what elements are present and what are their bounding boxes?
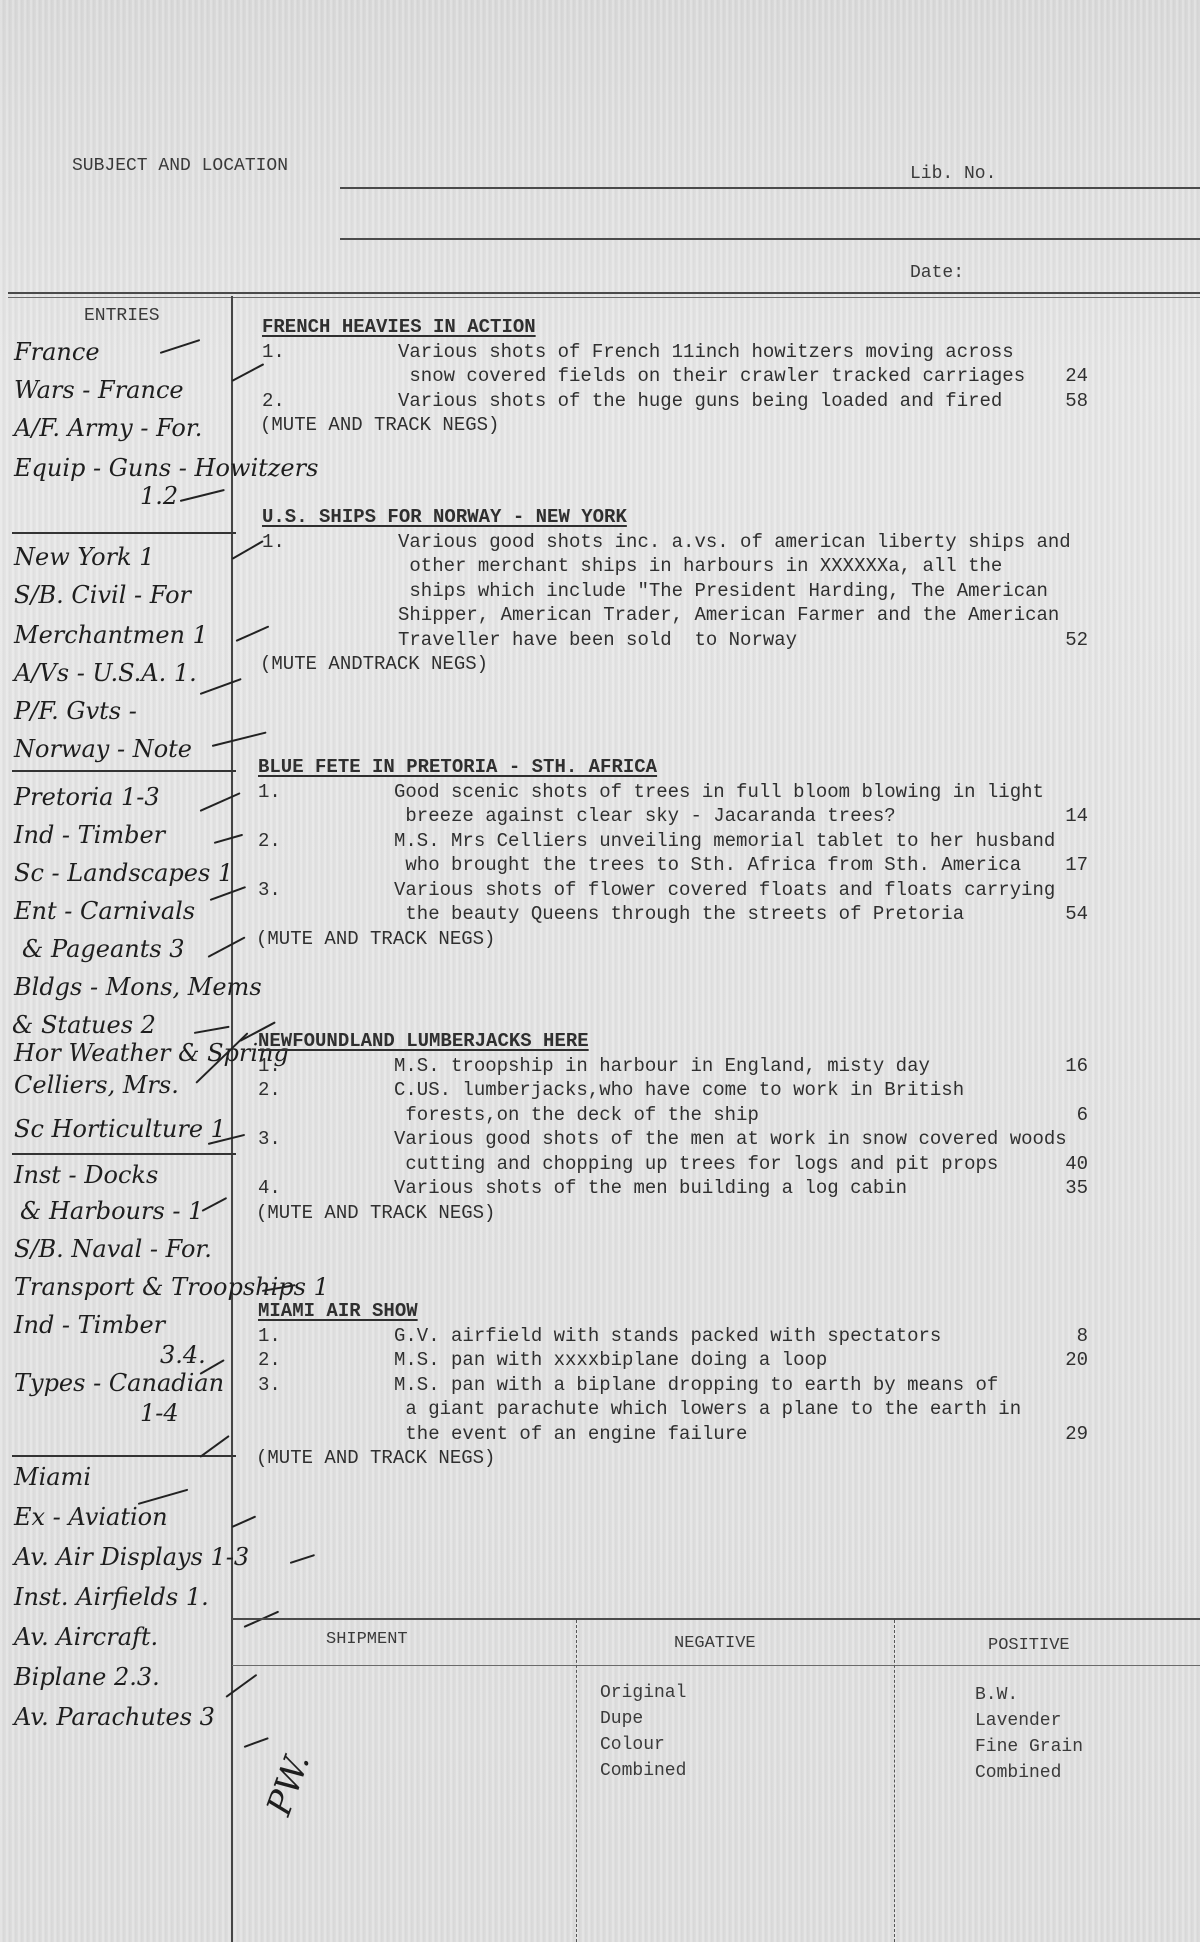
entry-line: Norway - Note [14,737,192,761]
item-description-line: forests,on the deck of the ship [394,1106,759,1125]
check-mark-icon [232,363,265,382]
entry-line: New York 1 [14,545,155,569]
item-description-line: Various good shots inc. a.vs. of america… [398,533,1071,552]
entry-line: 3.4. [160,1343,206,1367]
check-mark-icon [160,339,201,354]
entry-line: Hor Weather & Spring [14,1041,289,1065]
negs-note: (MUTE AND TRACK NEGS) [256,1449,495,1468]
check-mark-icon [244,1737,269,1748]
footage-count: 24 [1058,367,1088,386]
entry-line: & Pageants 3 [22,937,185,961]
negative-option: Original [600,1680,686,1706]
entry-line: Inst. Airfields 1. [14,1585,209,1609]
footage-count: 8 [1058,1327,1088,1346]
date-label: Date: [910,263,964,283]
positive-option: Combined [975,1760,1083,1786]
item-number: 3. [258,1376,281,1395]
item-description-line: Various shots of the men building a log … [394,1179,907,1198]
entry-line: Ind - Timber [14,823,165,847]
check-mark-icon [236,625,270,641]
negative-option: Dupe [600,1706,686,1732]
footer-top-rule [232,1618,1200,1620]
footage-count: 20 [1058,1351,1088,1370]
footer-divider-1 [576,1620,577,1942]
item-number: 2. [258,832,281,851]
story-title: U.S. SHIPS FOR NORWAY - NEW YORK [262,508,627,527]
entry-line: & Harbours - 1 [20,1199,203,1223]
entry-line: Celliers, Mrs. [14,1073,179,1097]
table-top-rule-2 [8,297,1200,298]
item-number: 1. [262,343,285,362]
item-description-line: M.S. pan with xxxxbiplane doing a loop [394,1351,827,1370]
item-description-line: C.US. lumberjacks,who have come to work … [394,1081,964,1100]
item-description-line: other merchant ships in harbours in XXXX… [398,557,1002,576]
negative-option: Colour [600,1732,686,1758]
item-description-line: who brought the trees to Sth. Africa fro… [394,856,1021,875]
story-title: BLUE FETE IN PRETORIA - STH. AFRICA [258,758,657,777]
positive-options: B.W. Lavender Fine Grain Combined [975,1682,1083,1786]
item-number: 3. [258,1130,281,1149]
negs-note: (MUTE AND TRACK NEGS) [256,1204,495,1223]
footage-count: 52 [1058,631,1088,650]
entry-line: Av. Air Displays 1-3 [14,1545,249,1569]
item-description-line: a giant parachute which lowers a plane t… [394,1400,1021,1419]
entry-line: & Statues 2 [12,1013,156,1037]
positive-option: Fine Grain [975,1734,1083,1760]
entry-line: A/F. Army - For. [14,416,202,440]
entry-line: Inst - Docks [14,1163,158,1187]
footer-divider-2 [894,1620,895,1942]
item-description-line: ships which include "The President Hardi… [398,582,1048,601]
check-mark-icon [202,1197,228,1212]
footage-count: 14 [1058,807,1088,826]
entries-divider [231,296,233,1942]
footage-count: 16 [1058,1057,1088,1076]
item-description-line: Shipper, American Trader, American Farme… [398,606,1059,625]
item-description-line: breeze against clear sky - Jacaranda tre… [394,807,896,826]
item-description-line: M.S. troopship in harbour in England, mi… [394,1057,930,1076]
item-number: 2. [258,1351,281,1370]
subject-line-1 [340,187,1200,189]
negative-option: Combined [600,1758,686,1784]
entry-line: P/F. Gvts - [14,699,137,723]
entry-line: Ex - Aviation [14,1505,168,1529]
item-description-line: M.S. pan with a biplane dropping to eart… [394,1376,998,1395]
negs-note: (MUTE AND TRACK NEGS) [256,930,495,949]
footer-header-rule [232,1665,1200,1666]
entry-line: Wars - France [14,378,184,402]
negative-header: NEGATIVE [674,1634,756,1653]
entry-line: S/B. Naval - For. [14,1237,212,1261]
footage-count: 6 [1058,1106,1088,1125]
footage-count: 17 [1058,856,1088,875]
item-description-line: Various shots of French 11inch howitzers… [398,343,1014,362]
item-description-line: the event of an engine failure [394,1425,747,1444]
item-description-line: snow covered fields on their crawler tra… [398,367,1025,386]
footage-count: 54 [1058,905,1088,924]
check-mark-icon [232,540,264,560]
check-mark-icon [200,792,241,812]
entry-line: A/Vs - U.S.A. 1. [14,661,197,685]
positive-option: Lavender [975,1708,1083,1734]
entry-line: Ent - Carnivals [14,899,195,923]
entry-line: Merchantmen 1 [14,623,208,647]
check-mark-icon [214,834,243,844]
item-description-line: cutting and chopping up trees for logs a… [394,1155,998,1174]
story-title: FRENCH HEAVIES IN ACTION [262,318,536,337]
entries-header: ENTRIES [84,306,160,326]
entry-line: Bldgs - Mons, Mems [14,975,262,999]
lib-no-label: Lib. No. [910,164,996,184]
item-description-line: M.S. Mrs Celliers unveiling memorial tab… [394,832,1055,851]
item-description-line: Various shots of the huge guns being loa… [398,392,1002,411]
entry-line: Equip - Guns - Howitzers [14,456,318,480]
entry-line: Miami [14,1465,91,1489]
entry-line: 1.2 [140,484,178,508]
positive-header: POSITIVE [988,1636,1070,1655]
story-title: MIAMI AIR SHOW [258,1302,418,1321]
entry-line: Av. Aircraft. [14,1625,158,1649]
item-description-line: the beauty Queens through the streets of… [394,905,964,924]
table-top-rule [8,292,1200,294]
item-number: 3. [258,881,281,900]
item-description-line: Various shots of flower covered floats a… [394,881,1055,900]
item-number: 2. [262,392,285,411]
check-mark-icon [200,678,242,695]
entry-line: Av. Parachutes 3 [14,1705,215,1729]
check-mark-icon [290,1554,315,1564]
subject-line-2 [340,238,1200,240]
entry-line: Ind - Timber [14,1313,165,1337]
check-mark-icon [194,1026,230,1034]
footage-count: 40 [1058,1155,1088,1174]
entry-line: Types - Canadian [14,1371,224,1395]
footage-count: 58 [1058,392,1088,411]
entry-line: Biplane 2.3. [14,1665,160,1689]
negs-note: (MUTE ANDTRACK NEGS) [260,655,488,674]
handwritten-initials: PW. [262,1749,315,1820]
entry-line: 1-4 [140,1401,179,1425]
check-mark-icon [210,886,246,901]
negs-note: (MUTE AND TRACK NEGS) [260,416,499,435]
entry-line: S/B. Civil - For [14,583,191,607]
negative-options: Original Dupe Colour Combined [600,1680,686,1784]
entry-group-separator [12,1153,236,1155]
item-number: 1. [258,1327,281,1346]
item-description-line: G.V. airfield with stands packed with sp… [394,1327,941,1346]
item-number: 1. [262,533,285,552]
item-number: 2. [258,1081,281,1100]
item-number: 1. [258,1057,281,1076]
check-mark-icon [180,489,225,502]
positive-option: B.W. [975,1682,1083,1708]
entry-line: Sc - Landscapes 1 [14,861,233,885]
check-mark-icon [212,731,267,746]
footage-count: 35 [1058,1179,1088,1198]
entry-group-separator [12,770,236,772]
entry-group-separator [12,532,236,534]
check-mark-icon [232,1516,257,1528]
entry-line: Sc Horticulture 1 [14,1117,226,1141]
subject-location-label: SUBJECT AND LOCATION [72,156,288,176]
item-number: 4. [258,1179,281,1198]
shipment-header: SHIPMENT [326,1630,408,1649]
footage-count: 29 [1058,1425,1088,1444]
story-title: NEWFOUNDLAND LUMBERJACKS HERE [258,1032,589,1051]
item-number: 1. [258,783,281,802]
item-description-line: Various good shots of the men at work in… [394,1130,1067,1149]
check-mark-icon [208,936,246,957]
item-description-line: Traveller have been sold to Norway [398,631,797,650]
entry-line: France [14,340,100,364]
item-description-line: Good scenic shots of trees in full bloom… [394,783,1044,802]
entry-line: Pretoria 1-3 [14,785,160,809]
